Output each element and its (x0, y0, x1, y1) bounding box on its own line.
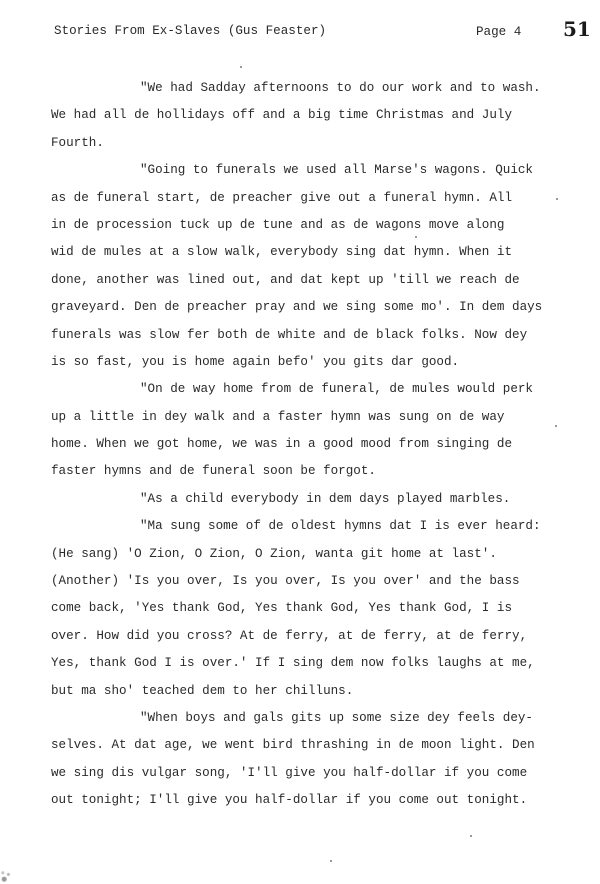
page-label: Page 4 (476, 25, 521, 39)
paper-speck (556, 198, 558, 200)
text-line: We had all de hollidays off and a big ti… (51, 102, 581, 129)
text-line: as de funeral start, de preacher give ou… (51, 185, 581, 212)
text-line: home. When we got home, we was in a good… (51, 431, 581, 458)
paper-speck (415, 236, 417, 238)
text-line: Yes, thank God I is over.' If I sing dem… (51, 650, 581, 677)
transcript-body: "We had Sadday afternoons to do our work… (51, 75, 581, 815)
text-line: selves. At dat age, we went bird thrashi… (51, 732, 581, 759)
text-line: wid de mules at a slow walk, everybody s… (51, 239, 581, 266)
text-line: over. How did you cross? At de ferry, at… (51, 623, 581, 650)
page-header: Stories From Ex-Slaves (Gus Feaster) Pag… (54, 22, 592, 46)
paragraph-first-line: "We had Sadday afternoons to do our work… (51, 75, 581, 102)
text-line: but ma sho' teached dem to her chilluns. (51, 678, 581, 705)
text-line: (He sang) 'O Zion, O Zion, O Zion, wanta… (51, 541, 581, 568)
folio-number: 51 (563, 17, 591, 41)
paragraph-first-line: "Going to funerals we used all Marse's w… (51, 157, 581, 184)
text-line: we sing dis vulgar song, 'I'll give you … (51, 760, 581, 787)
text-line: faster hymns and de funeral soon be forg… (51, 458, 581, 485)
paragraph-first-line: "When boys and gals gits up some size de… (51, 705, 581, 732)
scan-smudge (0, 868, 14, 884)
text-line: out tonight; I'll give you half-dollar i… (51, 787, 581, 814)
paper-speck (330, 860, 332, 862)
text-line: done, another was lined out, and dat kep… (51, 267, 581, 294)
text-line: (Another) 'Is you over, Is you over, Is … (51, 568, 581, 595)
document-title: Stories From Ex-Slaves (Gus Feaster) (54, 24, 326, 38)
text-line: come back, 'Yes thank God, Yes thank God… (51, 595, 581, 622)
paragraph-first-line: "As a child everybody in dem days played… (51, 486, 581, 513)
paper-speck (555, 425, 557, 427)
paper-speck (240, 66, 242, 68)
text-line: in de procession tuck up de tune and as … (51, 212, 581, 239)
paragraph-first-line: "On de way home from de funeral, de mule… (51, 376, 581, 403)
paragraph-first-line: "Ma sung some of de oldest hymns dat I i… (51, 513, 581, 540)
text-line: funerals was slow fer both de white and … (51, 322, 581, 349)
paper-speck (470, 835, 472, 837)
text-line: up a little in dey walk and a faster hym… (51, 404, 581, 431)
text-line: is so fast, you is home again befo' you … (51, 349, 581, 376)
text-line: graveyard. Den de preacher pray and we s… (51, 294, 581, 321)
text-line: Fourth. (51, 130, 581, 157)
